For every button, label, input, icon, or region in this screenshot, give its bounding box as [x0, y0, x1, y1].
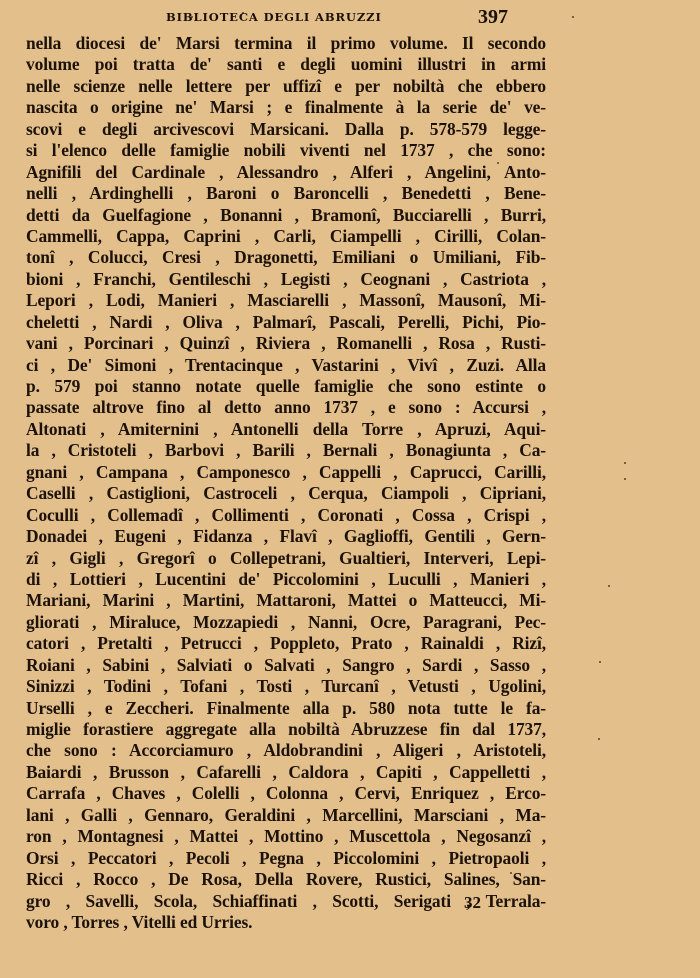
paper-speck: [608, 585, 610, 587]
text-line: detti da Guelfagione , Bonanni , Bramonî…: [26, 205, 546, 226]
text-line: nella diocesi de' Marsi termina il primo…: [26, 33, 546, 54]
text-line: scovi e degli arcivescovi Marsicani. Dal…: [26, 119, 546, 140]
text-line: Roiani , Sabini , Salviati o Salvati , S…: [26, 655, 546, 676]
text-line: tonî , Colucci, Cresi , Dragonetti, Emil…: [26, 247, 546, 268]
text-line: Cammelli, Cappa, Caprini , Carli, Ciampe…: [26, 226, 546, 247]
text-line: miglie forastiere aggregate alla nobiltà…: [26, 719, 546, 740]
text-line: la , Cristoteli , Barbovi , Barili , Ber…: [26, 440, 546, 461]
text-line: Orsi , Peccatori , Pecoli , Pegna , Picc…: [26, 848, 546, 869]
text-line: bioni , Franchi, Gentileschi , Legisti ,…: [26, 269, 546, 290]
text-line: zî , Gigli , Gregorî o Collepetrani, Gua…: [26, 548, 546, 569]
text-line: lani , Galli , Gennaro, Geraldini , Marc…: [26, 805, 546, 826]
text-line: si l'elenco delle famiglie nobili vivent…: [26, 140, 546, 161]
page-number: 397: [478, 6, 508, 29]
text-line: di , Lottieri , Lucentini de' Piccolomin…: [26, 569, 546, 590]
text-line: che sono : Accorciamuro , Aldobrandini ,…: [26, 740, 546, 761]
text-line: Carrafa , Chaves , Colelli , Colonna , C…: [26, 783, 546, 804]
text-line: nelle scienze nelle lettere per uffizî e…: [26, 76, 546, 97]
running-title: BIBLIOTECA DEGLI ABRUZZI: [166, 10, 382, 24]
text-line: nascita o origine ne' Marsi ; e finalmen…: [26, 97, 546, 118]
text-line: Caselli , Castiglioni, Castroceli , Cerq…: [26, 483, 546, 504]
text-line: Baiardi , Brusson , Cafarelli , Caldora …: [26, 762, 546, 783]
text-line: Altonati , Amiternini , Antonelli della …: [26, 419, 546, 440]
text-line: Urselli , e Zeccheri. Finalmente alla p.…: [26, 698, 546, 719]
text-line: nelli , Ardinghelli , Baroni o Baroncell…: [26, 183, 546, 204]
text-line: volume poi tratta de' santi e degli uomi…: [26, 54, 546, 75]
text-line: Donadei , Eugeni , Fidanza , Flavî , Gag…: [26, 526, 546, 547]
text-line: ci , De' Simoni , Trentacinque , Vastari…: [26, 355, 546, 376]
running-head: BIBLIOTECA DEGLI ABRUZZI 397: [166, 6, 526, 30]
text-line: catori , Pretalti , Petrucci , Poppleto,…: [26, 633, 546, 654]
signature-mark: 32: [464, 893, 481, 913]
text-line: passate altrove fino al detto anno 1737 …: [26, 397, 546, 418]
text-line: Ricci , Rocco , De Rosa, Della Rovere, R…: [26, 869, 546, 890]
paper-speck: [624, 462, 626, 464]
text-line: Sinizzi , Todini , Tofani , Tosti , Turc…: [26, 676, 546, 697]
text-line: Mariani, Marini , Martini, Mattaroni, Ma…: [26, 590, 546, 611]
text-line: cheletti , Nardi , Oliva , Palmarî, Pasc…: [26, 312, 546, 333]
paper-speck: [599, 661, 601, 663]
paper-speck: [624, 478, 626, 480]
body-text: nella diocesi de' Marsi termina il primo…: [26, 33, 546, 933]
text-line: Agnifili del Cardinale , Alessandro , Al…: [26, 162, 546, 183]
text-line: p. 579 poi stanno notate quelle famiglie…: [26, 376, 546, 397]
text-line: gliorati , Miraluce, Mozzapiedi , Nanni,…: [26, 612, 546, 633]
text-line: ron , Montagnesi , Mattei , Mottino , Mu…: [26, 826, 546, 847]
text-line-last: voro , Torres , Vitelli ed Urries.: [26, 912, 546, 933]
text-line: Coculli , Collemadî , Collimenti , Coron…: [26, 505, 546, 526]
text-line: Lepori , Lodi, Manieri , Masciarelli , M…: [26, 290, 546, 311]
text-line: gnani , Campana , Camponesco , Cappelli …: [26, 462, 546, 483]
scanned-book-page: BIBLIOTECA DEGLI ABRUZZI 397 nella dioce…: [0, 0, 700, 978]
text-line: vani , Porcinari , Quinzî , Riviera , Ro…: [26, 333, 546, 354]
paper-speck: [572, 16, 574, 18]
paper-speck: [598, 738, 600, 740]
